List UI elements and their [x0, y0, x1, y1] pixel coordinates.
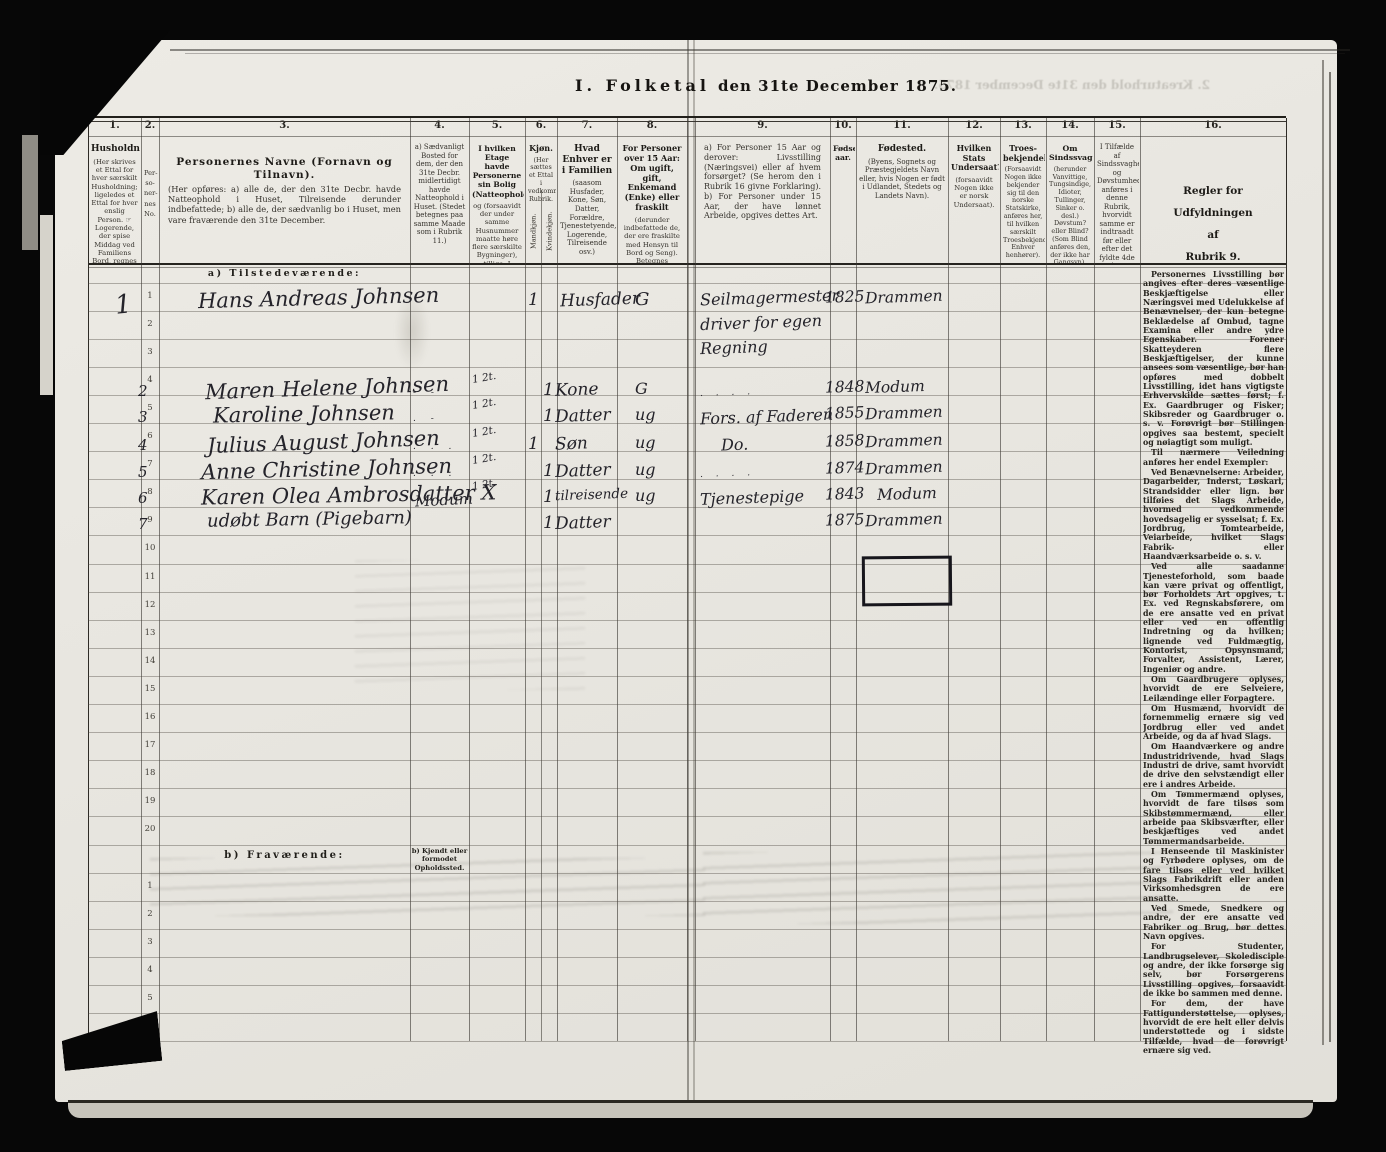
table-row-line [88, 1041, 1286, 1042]
table-vertical-line [1000, 118, 1001, 1041]
section-b-label: b) Fraværende: [159, 850, 410, 861]
column-header-title: Hvilken Stats Undersaat? [951, 144, 997, 173]
table-row-line [88, 535, 1286, 536]
regler-paragraph: For Studenter, Landbrugselever, Skoledis… [1143, 942, 1284, 998]
column-header-cell: Husholdninger.(Her skrives et Ettal for … [89, 137, 140, 264]
handwritten-household-number: 1 [113, 289, 133, 321]
table-row-line [88, 732, 1286, 733]
paper-scrap-left [22, 135, 38, 250]
row-number-a: 17 [141, 740, 159, 750]
column-header-title: Troes-bekjendelse. [1003, 144, 1043, 163]
handwritten-status: G [635, 289, 649, 310]
table-row-line [88, 648, 1286, 649]
regler-paragraph: Ved Benævnelserne: Arbeider, Dagarbeider… [1143, 468, 1284, 561]
handwritten-person-number: 5 [138, 463, 148, 481]
column-header-cell: Hvad Enhver er i Familien(saasom Husfade… [558, 137, 616, 264]
handwritten-male-mark: 1 [528, 290, 539, 310]
table-vertical-line [410, 118, 411, 1041]
column-header-note: (Forsaavidt Nogen ikke bekjender sig til… [1003, 166, 1043, 260]
row-number-a: 19 [141, 796, 159, 806]
column-header-note: (saasom Husfader, Kone, Søn, Datter, For… [560, 179, 614, 256]
regler-paragraph: Om Tømmermænd oplyses, hvorvidt de fare … [1143, 790, 1284, 846]
handwritten-female-mark: 1 [543, 513, 554, 533]
table-row-line [88, 704, 1286, 705]
handwritten-birth-year: 1874 [825, 458, 865, 477]
handwritten-bosted-ditto: . . . [413, 442, 457, 452]
regler-body: Personernes Livsstilling bør angives eft… [1143, 270, 1284, 1056]
column-header-note: (Her opføres: a) alle de, der den 31te D… [162, 184, 407, 224]
handwritten-bosted: Modum [415, 489, 474, 510]
handwritten-female-mark: 1 [543, 380, 554, 400]
ink-box-artifact [862, 556, 952, 607]
page-title: I. Folketalden 31te December 1875. [575, 76, 957, 95]
handwritten-etage: 1 2t. [471, 370, 497, 386]
table-row-line [88, 283, 1286, 284]
table-row-line [88, 788, 1286, 789]
stacked-page-edge-2 [1329, 72, 1331, 1042]
page-title-prefix: I. Folketal [575, 76, 710, 95]
row-number-b: 1 [141, 881, 159, 891]
handwritten-birth-year: 1848 [825, 377, 865, 396]
gender-subcolumn-divider [541, 190, 542, 1041]
handwritten-name: Karoline Johnsen [213, 400, 395, 427]
row-number-a: 11 [141, 572, 159, 582]
handwritten-status: ug [635, 405, 656, 424]
table-row-line [88, 676, 1286, 677]
handwritten-birthplace: Drammen [865, 287, 943, 308]
handwritten-etage: 1 2t. [471, 396, 497, 412]
page-bottom-edge [68, 1100, 1313, 1118]
handwritten-etage: 1 2t. [471, 424, 497, 440]
table-vertical-line [856, 118, 857, 1041]
regler-paragraph: Om Gaardbrugere oplyses, hvorvidt de ere… [1143, 675, 1284, 703]
column-subheader-female-vertical: Kvindekjøn. [542, 200, 556, 262]
handwritten-birthplace: Drammen [865, 510, 943, 531]
table-vertical-line [1140, 118, 1141, 1041]
column-header-title: For Personer over 15 Aar: Om ugift, gift… [620, 144, 684, 213]
handwritten-etage: 1 2t. [471, 451, 497, 467]
table-row-line [88, 760, 1286, 761]
regler-paragraph: Ved Smede, Snedkere og andre, der ere an… [1143, 904, 1284, 941]
table-row-line [88, 929, 1286, 930]
table-row-line [88, 592, 1286, 593]
handwritten-status: ug [635, 486, 656, 505]
column-header-cell: I Tilfælde af Sindssvaghed og Døvstumhed… [1095, 137, 1139, 264]
handwritten-birthplace: Drammen [865, 431, 943, 452]
column-header-cell: For Personer over 15 Aar: Om ugift, gift… [618, 137, 686, 264]
handwritten-status: ug [635, 460, 656, 479]
row-number-a: 12 [141, 600, 159, 610]
row-number-b: 2 [141, 909, 159, 919]
handwritten-status: G [635, 379, 648, 398]
column-header-title: I hvilken Etage havde Personerne sin Bol… [472, 144, 522, 199]
table-vertical-line [695, 118, 696, 1041]
column-header-note: a) For Personer 15 Aar og derover: Livss… [698, 143, 827, 221]
handwritten-birth-year: 1825 [825, 287, 865, 306]
handwritten-livsstilling: . . . . [700, 468, 755, 480]
row-number-a: 2 [141, 319, 159, 329]
column-header-title: Regler for Udfyldningen af Rubrik 9. [1143, 180, 1283, 264]
table-vertical-line [1046, 118, 1047, 1041]
column-header-note: (forsaavidt Nogen ikke er norsk Undersaa… [951, 176, 997, 209]
handwritten-family: Kone [555, 379, 599, 401]
column-header-title: Husholdninger. [91, 144, 138, 155]
table-vertical-line-col8-right [687, 118, 688, 1041]
handwritten-name: Julius August Johnsen [207, 426, 440, 458]
handwritten-name: Hans Andreas Johnsen [198, 283, 440, 313]
column-header-title: Hvad Enhver er i Familien [560, 144, 614, 176]
column-header-note: (Byens, Sognets og Præstegjeldets Navn e… [859, 158, 945, 201]
column-header-cell: I hvilken Etage havde Personerne sin Bol… [470, 137, 524, 264]
regler-paragraph: Om Husmænd, hvorvidt de fornemmelig ernæ… [1143, 704, 1284, 741]
table-row-line [88, 901, 1286, 902]
column-header-cell: Hvilken Stats Undersaat?(forsaavidt Noge… [949, 137, 999, 264]
column-header-cell: Troes-bekjendelse.(Forsaavidt Nogen ikke… [1001, 137, 1045, 264]
table-vertical-line [830, 118, 831, 1041]
column-header-cell: Per- so- ner- nes No. [142, 137, 158, 264]
table-vertical-line [88, 118, 89, 1041]
handwritten-female-mark: 1 [543, 461, 554, 481]
table-vertical-line-right [1286, 118, 1287, 1041]
census-form-page: I. Folketalden 31te December 1875. 2. Kr… [55, 40, 1337, 1102]
handwritten-family: Husfader [560, 289, 641, 312]
table-vertical-line [557, 118, 558, 1041]
handwritten-birth-year: 1858 [825, 431, 865, 450]
handwritten-birth-year: 1855 [825, 403, 865, 422]
stacked-page-edge-1 [1322, 60, 1324, 1045]
regler-paragraph: Personernes Livsstilling bør angives eft… [1143, 270, 1284, 447]
column-header-note: a) Sædvanligt Bosted for dem, der den 31… [413, 143, 466, 245]
row-number-a: 20 [141, 824, 159, 834]
column-header-title: Kjøn. [528, 144, 554, 154]
table-vertical-line [617, 118, 618, 1041]
handwritten-name: udøbt Barn (Pigebarn) [207, 507, 412, 532]
page-edge-tab-left [40, 215, 53, 395]
column-header-cell: Fødested.(Byens, Sognets og Præstegjelde… [857, 137, 947, 264]
handwritten-bosted-ditto: . - [413, 414, 440, 424]
row-number-a: 16 [141, 712, 159, 722]
handwritten-birth-year: 1843 [825, 484, 865, 503]
row-number-a: 15 [141, 684, 159, 694]
handwritten-birthplace: Modum [877, 484, 937, 504]
handwritten-person-number: 6 [138, 489, 148, 507]
column-header-title: Fødsels-aar. [833, 144, 853, 162]
table-vertical-line [469, 118, 470, 1041]
handwritten-status: ug [635, 433, 656, 452]
regler-paragraph: For dem, der have Fattigunderstøttelse, … [1143, 999, 1284, 1055]
row-number-b: 5 [141, 993, 159, 1003]
handwritten-family: Datter [555, 405, 611, 427]
table-row-line [88, 845, 1286, 846]
row-number-a: 10 [141, 543, 159, 553]
column-header-cell: Regler for Udfyldningen af Rubrik 9. [1141, 137, 1285, 264]
table-row-line [88, 816, 1286, 817]
column-header-note: (herunder Vanvittige, Tungsindige, Idiot… [1049, 166, 1091, 264]
handwritten-livsstilling: Fors. af Faderen [700, 405, 834, 429]
handwritten-person-number: 3 [138, 408, 148, 426]
table-row-line [88, 620, 1286, 621]
column-header-note: (derunder indbefattede de, der ere frask… [620, 216, 684, 264]
handwritten-livsstilling: Do. [721, 435, 749, 455]
column-header-cell: a) Sædvanligt Bosted for dem, der den 31… [411, 137, 468, 264]
handwritten-person-number: 7 [138, 515, 148, 533]
handwritten-livsstilling: Seilmagermester [700, 286, 840, 310]
handwritten-family: Datter [555, 512, 611, 534]
handwritten-birthplace: Drammen [865, 458, 943, 479]
column-header-cell: Personernes Navne (Fornavn og Tilnavn).(… [160, 137, 409, 264]
column-header-cell: Fødsels-aar. [831, 137, 855, 264]
handwritten-livsstilling: . . . . [700, 387, 755, 399]
row-number-a: 3 [141, 347, 159, 357]
column-header-title: Personernes Navne (Fornavn og Tilnavn). [162, 156, 407, 181]
column-header-title: Fødested. [859, 144, 945, 155]
handwritten-bosted-ditto: - - [413, 388, 440, 398]
column-header-cell: Om Sindssvag?(herunder Vanvittige, Tungs… [1047, 137, 1093, 264]
column-header-stack: Per- so- ner- nes No. [144, 168, 156, 219]
regler-paragraph: Om Haandværkere og andre Industridrivend… [1143, 742, 1284, 789]
handwritten-livsstilling: Regning [700, 337, 768, 358]
column-header-cell: a) For Personer 15 Aar og derover: Livss… [696, 137, 829, 264]
row-number-b: 3 [141, 937, 159, 947]
table-vertical-line [1094, 118, 1095, 1041]
regler-paragraph: Til nærmere Veiledning anføres her endel… [1143, 448, 1284, 467]
row-number-a: 1 [141, 291, 159, 301]
table-row-line [88, 957, 1286, 958]
row-number-b: 4 [141, 965, 159, 975]
table-row-line [88, 1013, 1286, 1014]
section-b-col4-note: b) Kjendt eller formodet Opholdssted. [411, 847, 468, 872]
handwritten-female-mark: 1 [543, 406, 554, 426]
column-header-note: og (forsaavidt der under samme Husnummer… [472, 202, 522, 264]
handwritten-person-number: 4 [138, 436, 148, 454]
table-row-line [88, 564, 1286, 565]
handwritten-family: tilreisende [555, 486, 629, 505]
table-row-line [88, 873, 1286, 874]
column-header-note: I Tilfælde af Sindssvaghed og Døvstumhed… [1097, 143, 1137, 264]
handwritten-female-mark: 1 [543, 487, 554, 507]
table-row-line [88, 367, 1286, 368]
row-number-a: 13 [141, 628, 159, 638]
column-subheader-male-vertical: Mandkjøn. [526, 200, 541, 262]
handwritten-livsstilling: Tjenestepige [700, 486, 805, 509]
regler-paragraph: Ved alle saadanne Tjenesteforhold, som b… [1143, 562, 1284, 674]
handwritten-birth-year: 1875 [825, 510, 865, 529]
column-header-note: (Her skrives et Ettal for hver særskilt … [91, 158, 138, 264]
row-number-a: 18 [141, 768, 159, 778]
handwritten-family: Datter [555, 460, 611, 482]
handwritten-birthplace: Modum [865, 377, 925, 397]
table-row-line [88, 339, 1286, 340]
page-title-rest: den 31te December 1875. [718, 77, 957, 95]
column-header-title: Om Sindssvag? [1049, 144, 1091, 163]
handwritten-person-number: 2 [138, 382, 148, 400]
handwritten-bosted-ditto: . . . [413, 469, 457, 479]
regler-paragraph: I Henseende til Maskinister og Fyrbødere… [1143, 847, 1284, 903]
table-row-line [88, 985, 1286, 986]
handwritten-livsstilling: driver for egen [700, 311, 823, 334]
scanned-census-page: I. Folketalden 31te December 1875. 2. Kr… [0, 0, 1386, 1152]
handwritten-birthplace: Drammen [865, 403, 943, 424]
table-vertical-line [525, 118, 526, 1041]
row-number-a: 14 [141, 656, 159, 666]
handwritten-family: Søn [555, 433, 589, 454]
section-a-label: a) Tilstedeværende: [159, 268, 410, 279]
table-vertical-line [159, 118, 160, 1041]
handwritten-male-mark: 1 [528, 434, 539, 454]
